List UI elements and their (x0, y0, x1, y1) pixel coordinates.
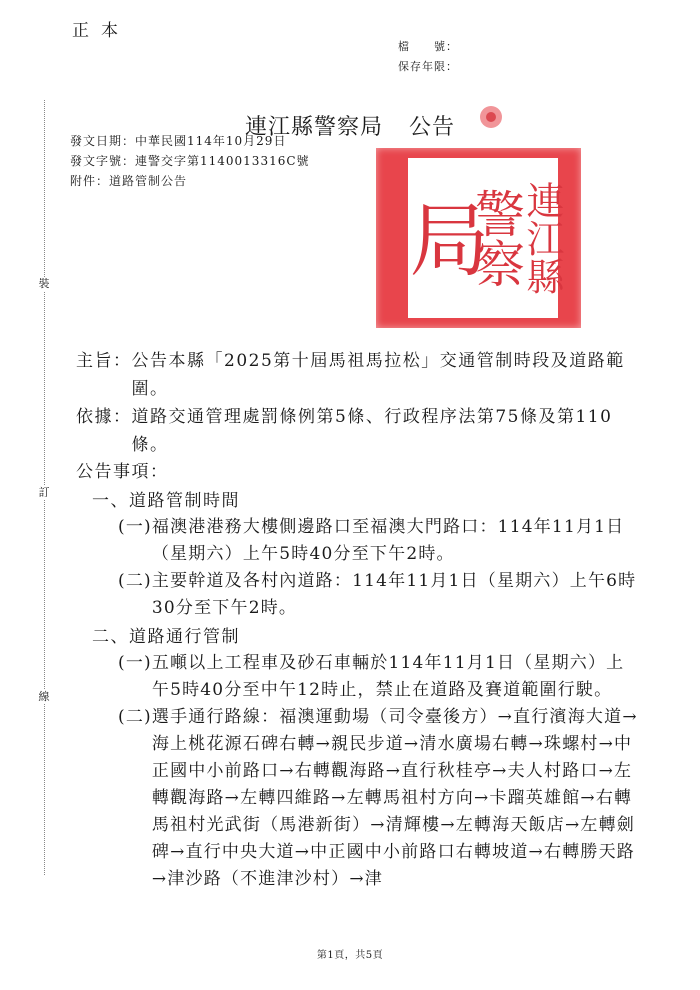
item-text: 主要幹道及各村內道路：114年11月1日（星期六）上午6時30分至下午2時。 (152, 568, 638, 622)
list-item: (二) 主要幹道及各村內道路：114年11月1日（星期六）上午6時30分至下午2… (118, 568, 638, 622)
seal-column-3: 局 (412, 198, 472, 278)
file-number-label: 檔 號： (398, 38, 458, 54)
list-item: (一) 五噸以上工程車及砂石車輛於114年11月1日（星期六）上午5時40分至中… (118, 650, 638, 704)
page-number: 第1頁，共5頁 (0, 946, 700, 961)
item-number: (二) (118, 704, 152, 893)
list-item: (一) 福澳港港務大樓側邊路口至福澳大門路口：114年11月1日（星期六）上午5… (118, 514, 638, 568)
subject-label: 主旨： (76, 347, 132, 403)
seal-text: 局 (412, 198, 472, 278)
basis-text: 道路交通管理處罰條例第5條、行政程序法第75條及第110條。 (132, 403, 647, 459)
binding-char-ding: 訂 (37, 486, 51, 500)
list-item: (二) 選手通行路線：福澳運動場（司令臺後方）→直行濱海大道→海上桃花源石碑右轉… (118, 704, 638, 893)
copy-mark: 正本 (72, 16, 130, 41)
binding-char-zhuang: 裝 (37, 277, 51, 291)
basis-paragraph: 依據： 道路交通管理處罰條例第5條、行政程序法第75條及第110條。 (76, 403, 646, 459)
seal-text: 連江縣 (520, 181, 564, 295)
section-heading-control-time: 一、道路管制時間 (92, 486, 240, 511)
item-text: 福澳港港務大樓側邊路口至福澳大門路口：114年11月1日（星期六）上午5時40分… (152, 514, 638, 568)
seal-column-1: 連江縣 (520, 181, 564, 295)
seal-column-2: 警察 (472, 188, 520, 288)
seal-text: 警察 (472, 188, 520, 288)
official-seal: 連江縣 警察 局 (376, 148, 581, 328)
seal-inner-field: 連江縣 警察 局 (408, 158, 558, 318)
item-number: (一) (118, 650, 152, 704)
item-text: 選手通行路線：福澳運動場（司令臺後方）→直行濱海大道→海上桃花源石碑右轉→親民步… (152, 704, 638, 893)
item-number: (二) (118, 568, 152, 622)
subject-text: 公告本縣「2025第十屆馬祖馬拉松」交通管制時段及道路範圍。 (132, 347, 647, 403)
item-text: 五噸以上工程車及砂石車輛於114年11月1日（星期六）上午5時40分至中午12時… (152, 650, 638, 704)
seal-hole-mark (486, 112, 496, 122)
subject-paragraph: 主旨： 公告本縣「2025第十屆馬祖馬拉松」交通管制時段及道路範圍。 (76, 347, 646, 403)
document-type: 公告 (409, 115, 455, 140)
announcement-items-heading: 公告事項： (76, 458, 169, 486)
binding-char-xian: 線 (37, 690, 51, 704)
retention-period-label: 保存年限： (398, 58, 458, 74)
attachment: 附件：道路管制公告 (70, 172, 187, 189)
reference-number: 發文字號：連警交字第1140013316C號 (70, 152, 310, 169)
section-heading-traffic-control: 二、道路通行管制 (92, 622, 240, 647)
basis-label: 依據： (76, 403, 132, 459)
item-number: (一) (118, 514, 152, 568)
issue-date: 發文日期：中華民國114年10月29日 (70, 132, 286, 149)
